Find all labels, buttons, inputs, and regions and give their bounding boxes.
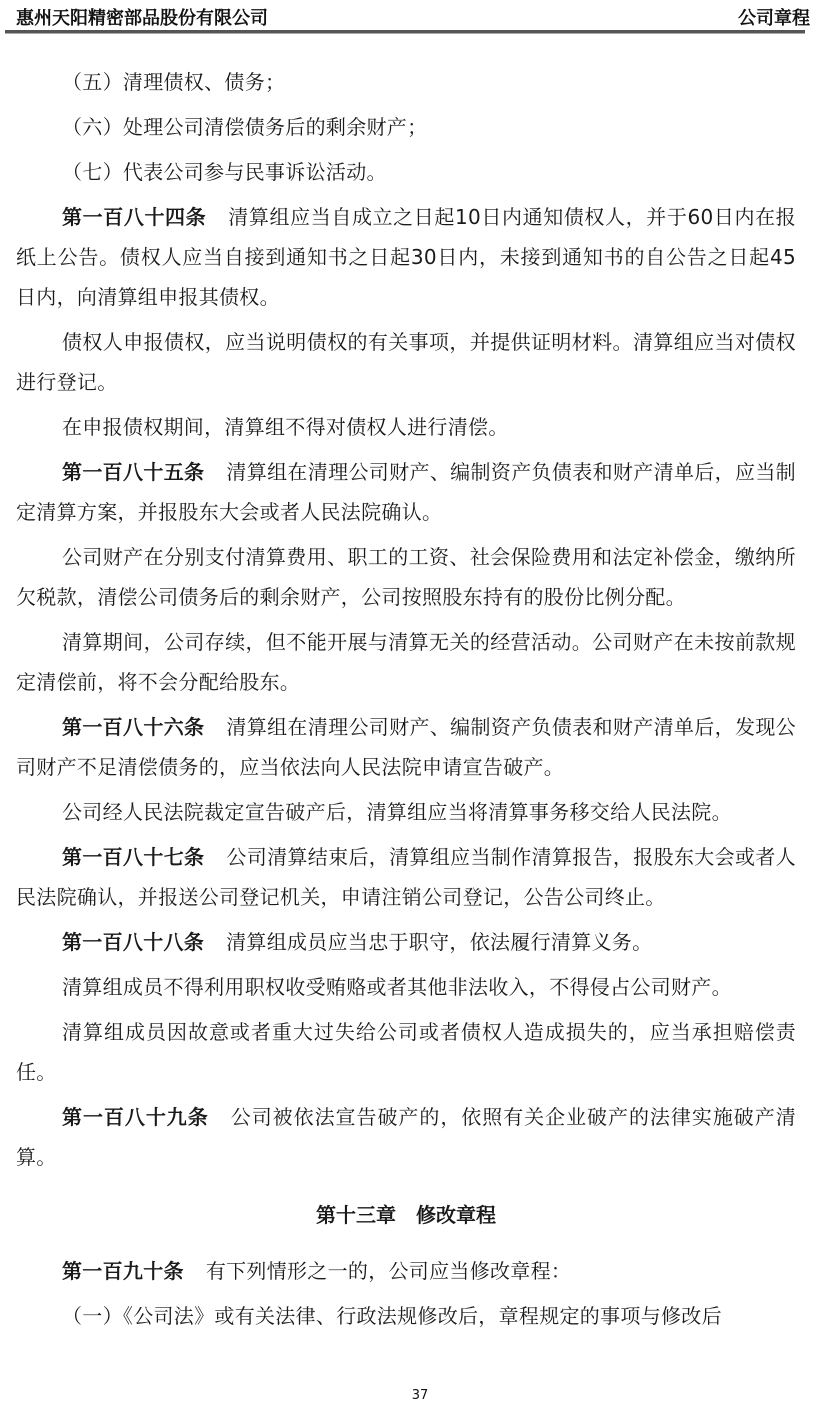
article-189: 第一百八十九条公司被依法宣告破产的，依照有关企业破产的法律实施破产清算。	[16, 1097, 796, 1177]
article-188: 第一百八十八条清算组成员应当忠于职守，依法履行清算义务。	[16, 922, 796, 962]
paragraph: 在申报债权期间，清算组不得对债权人进行清偿。	[16, 407, 796, 447]
page-number: 37	[0, 1388, 840, 1403]
article-184: 第一百八十四条清算组应当自成立之日起10日内通知债权人，并于60日内在报纸上公告…	[16, 197, 796, 317]
paragraph: 公司经人民法院裁定宣告破产后，清算组应当将清算事务移交给人民法院。	[16, 792, 796, 832]
page-header: 惠州天阳精密部品股份有限公司 公司章程	[8, 4, 810, 28]
company-name: 惠州天阳精密部品股份有限公司	[16, 4, 268, 30]
paragraph: 清算期间，公司存续，但不能开展与清算无关的经营活动。公司财产在未按前款规定清偿前…	[16, 622, 796, 702]
clause-item-7: （七）代表公司参与民事诉讼活动。	[16, 152, 796, 192]
article-title: 第一百九十条	[62, 1259, 184, 1283]
paragraph: 债权人申报债权，应当说明债权的有关事项，并提供证明材料。清算组应当对债权进行登记…	[16, 322, 796, 402]
clause-item-5: （五）清理债权、债务；	[16, 62, 796, 102]
clause-item-6: （六）处理公司清偿债务后的剩余财产；	[16, 107, 796, 147]
paragraph: 清算组成员因故意或者重大过失给公司或者债权人造成损失的，应当承担赔偿责任。	[16, 1012, 796, 1092]
article-title: 第一百八十九条	[62, 1105, 209, 1129]
article-187: 第一百八十七条公司清算结束后，清算组应当制作清算报告，报股东大会或者人民法院确认…	[16, 837, 796, 917]
article-title: 第一百八十八条	[62, 930, 204, 954]
article-185: 第一百八十五条清算组在清理公司财产、编制资产负债表和财产清单后，应当制定清算方案…	[16, 452, 796, 532]
article-title: 第一百八十七条	[62, 845, 204, 869]
header-divider	[5, 30, 805, 34]
paragraph: 清算组成员不得利用职权收受贿赂或者其他非法收入，不得侵占公司财产。	[16, 967, 796, 1007]
chapter-heading: 第十三章 修改章程	[16, 1195, 796, 1235]
document-title: 公司章程	[738, 4, 810, 30]
clause-item-1: （一）《公司法》或有关法律、行政法规修改后，章程规定的事项与修改后	[16, 1296, 796, 1336]
article-title: 第一百八十六条	[62, 715, 204, 739]
article-186: 第一百八十六条清算组在清理公司财产、编制资产负债表和财产清单后，发现公司财产不足…	[16, 707, 796, 787]
article-190: 第一百九十条有下列情形之一的，公司应当修改章程：	[16, 1251, 796, 1291]
article-title: 第一百八十五条	[62, 460, 204, 484]
paragraph: 公司财产在分别支付清算费用、职工的工资、社会保险费用和法定补偿金，缴纳所欠税款，…	[16, 537, 796, 617]
document-body: （五）清理债权、债务； （六）处理公司清偿债务后的剩余财产； （七）代表公司参与…	[16, 62, 796, 1341]
article-title: 第一百八十四条	[62, 205, 206, 229]
